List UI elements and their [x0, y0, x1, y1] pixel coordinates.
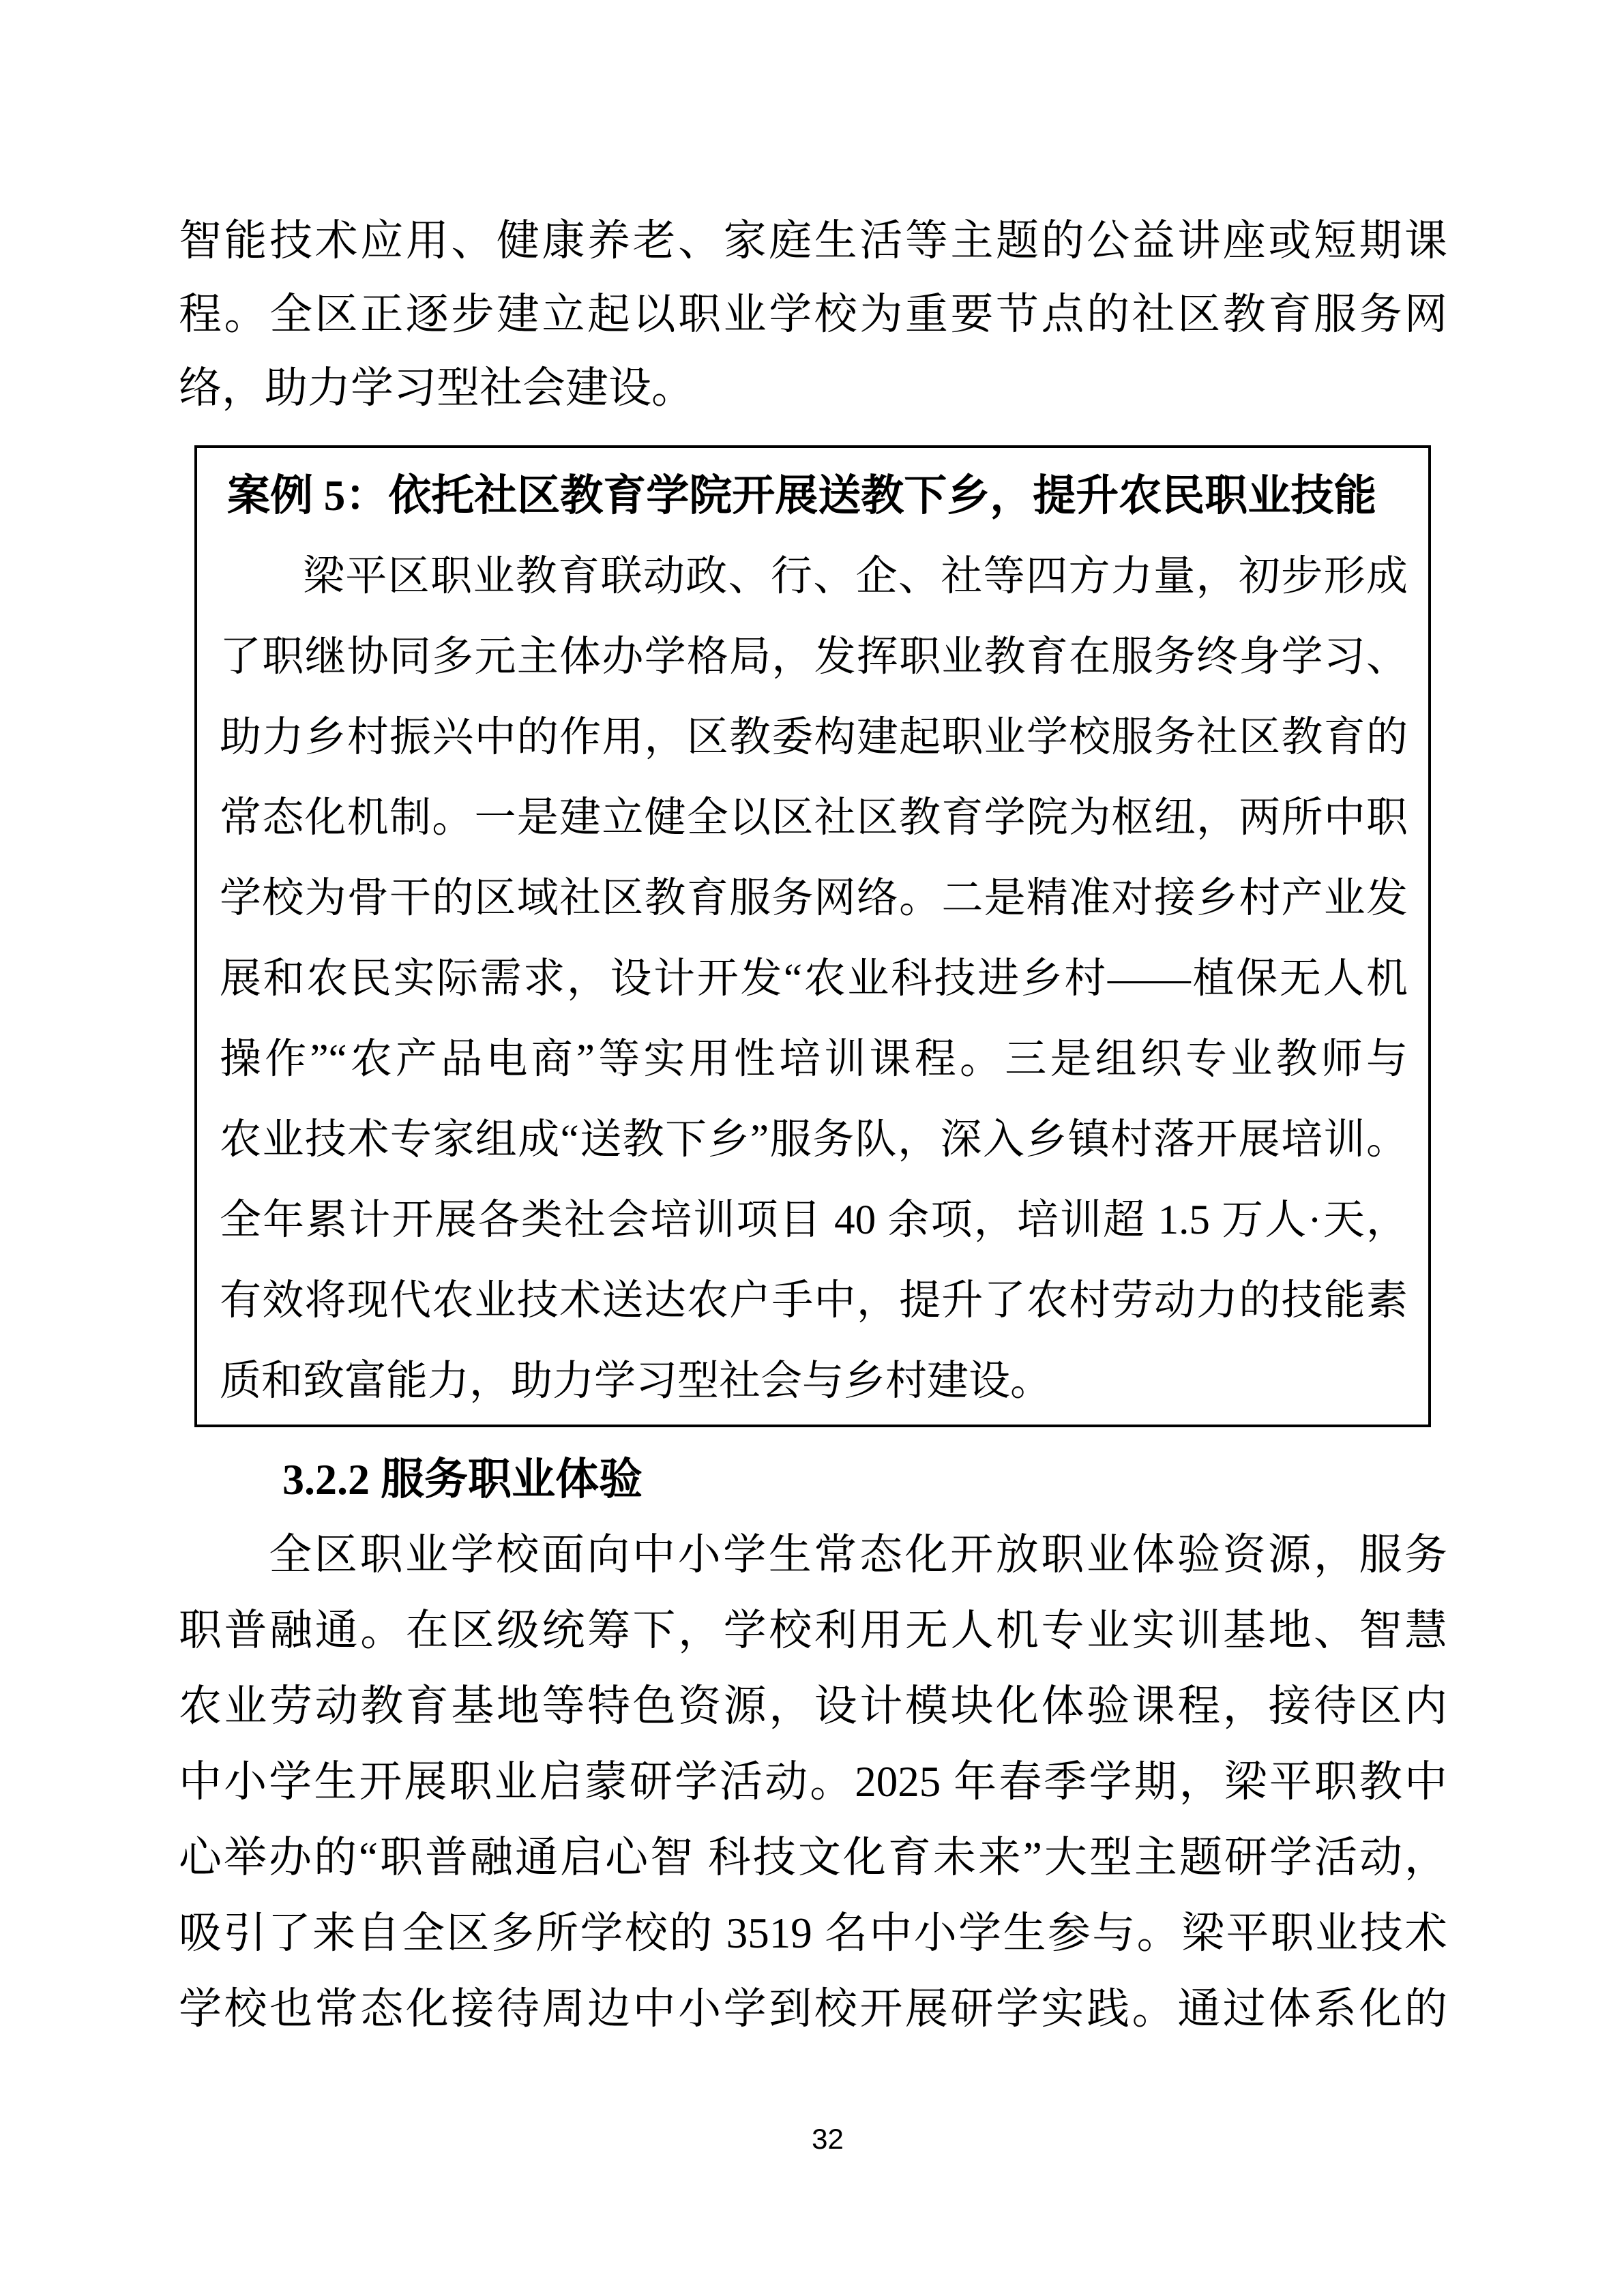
text-line: 农业劳动教育基地等特色资源，设计模块化体验课程，接待区内: [179, 1669, 1447, 1744]
case-box-title: 案例 5：依托社区教育学院开展送教下乡，提升农民职业技能: [227, 467, 1408, 524]
text-line: 全年累计开展各类社会培训项目 40 余项，培训超 1.5 万人·天，: [220, 1180, 1408, 1261]
text-line: 农业技术专家组成“送教下乡”服务队，深入乡镇村落开展培训。: [220, 1100, 1408, 1180]
text-line: 梁平区职业教育联动政、行、企、社等四方力量，初步形成: [220, 537, 1408, 617]
case-study-box: 案例 5：依托社区教育学院开展送教下乡，提升农民职业技能 梁平区职业教育联动政、…: [194, 445, 1431, 1427]
paragraph-community-education: 智能技术应用、健康养老、家庭生活等主题的公益讲座或短期课 程。全区正逐步建立起以…: [179, 204, 1447, 425]
text-line: 有效将现代农业技术送达农户手中，提升了农村劳动力的技能素: [220, 1261, 1408, 1341]
paragraph-career-experience: 全区职业学校面向中小学生常态化开放职业体验资源，服务 职普融通。在区级统筹下，学…: [179, 1517, 1447, 2047]
text-line: 中小学生开展职业启蒙研学活动。2025 年春季学期，梁平职教中: [179, 1744, 1447, 1820]
text-line: 学校为骨干的区域社区教育服务网络。二是精准对接乡村产业发: [220, 859, 1408, 939]
text-line: 心举办的“职普融通启心智 科技文化育未来”大型主题研学活动，: [179, 1820, 1447, 1896]
text-line: 职普融通。在区级统筹下，学校利用无人机专业实训基地、智慧: [179, 1593, 1447, 1669]
text-line: 全区职业学校面向中小学生常态化开放职业体验资源，服务: [179, 1517, 1447, 1593]
text-line: 程。全区正逐步建立起以职业学校为重要节点的社区教育服务网: [179, 278, 1447, 351]
text-line: 了职继协同多元主体办学格局，发挥职业教育在服务终身学习、: [220, 617, 1408, 698]
page-number: 32: [0, 2122, 1624, 2156]
text-line: 助力乡村振兴中的作用，区教委构建起职业学校服务社区教育的: [220, 698, 1408, 778]
text-line: 质和致富能力，助力学习型社会与乡村建设。: [220, 1341, 1408, 1422]
text-line: 常态化机制。一是建立健全以区社区教育学院为枢纽，两所中职: [220, 778, 1408, 859]
case-box-body: 梁平区职业教育联动政、行、企、社等四方力量，初步形成 了职继协同多元主体办学格局…: [197, 537, 1428, 1422]
text-line: 学校也常态化接待周边中小学到校开展研学实践。通过体系化的: [179, 1971, 1447, 2047]
document-page: 智能技术应用、健康养老、家庭生活等主题的公益讲座或短期课 程。全区正逐步建立起以…: [0, 0, 1624, 2296]
text-line: 智能技术应用、健康养老、家庭生活等主题的公益讲座或短期课: [179, 204, 1447, 278]
text-line: 吸引了来自全区多所学校的 3519 名中小学生参与。梁平职业技术: [179, 1896, 1447, 1971]
section-heading: 3.2.2 服务职业体验: [179, 1444, 1447, 1515]
text-line: 络，助力学习型社会建设。: [179, 351, 1447, 425]
text-line: 操作”“农产品电商”等实用性培训课程。三是组织专业教师与: [220, 1019, 1408, 1100]
text-line: 展和农民实际需求，设计开发“农业科技进乡村——植保无人机: [220, 939, 1408, 1019]
